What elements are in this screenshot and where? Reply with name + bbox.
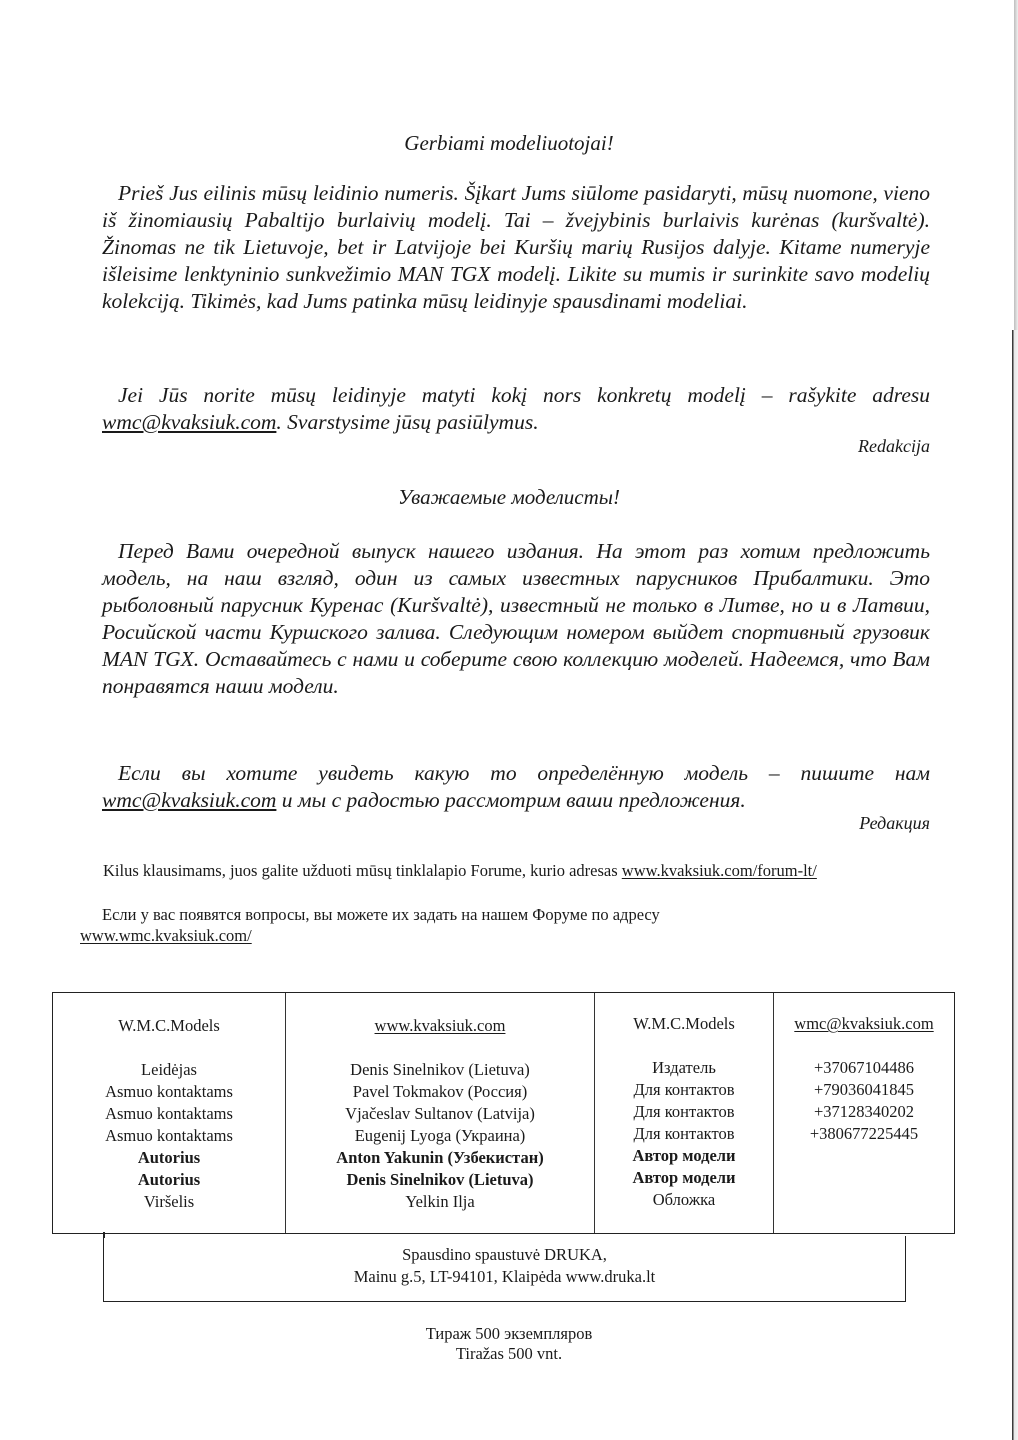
credits-row: Для контактов xyxy=(595,1079,773,1101)
forum-note-lt-text: Kilus klausimams, juos galite užduoti mū… xyxy=(103,861,618,880)
credits-row: Asmuo kontaktams xyxy=(53,1103,285,1125)
credits-row: Издатель xyxy=(595,1057,773,1079)
credits-table: W.M.C.Models Leidėjas Asmuo kontaktams A… xyxy=(52,992,955,1234)
credits-publisher-name: W.M.C.Models xyxy=(595,1013,773,1035)
credits-row: Eugenij Lyoga (Украина) xyxy=(286,1125,594,1147)
forum-note-lt: Kilus klausimams, juos galite užduoti mū… xyxy=(103,860,817,882)
lt-signature: Redakcija xyxy=(858,436,930,457)
ru-paragraph-2-tail: и мы с радостью рассмотрим ваши предложе… xyxy=(282,788,746,812)
credits-row: Asmuo kontaktams xyxy=(53,1081,285,1103)
credits-row: Denis Sinelnikov (Lietuva) xyxy=(286,1169,594,1191)
lt-greeting: Gerbiami modeliuotojai! xyxy=(0,131,1018,156)
lt-paragraph-1-text: Prieš Jus eilinis mūsų leidinio numeris.… xyxy=(102,180,930,315)
ru-greeting: Уважаемые моделисты! xyxy=(0,485,1018,510)
lt-paragraph-2-tail: . Svarstysime jūsų pasiūlymus. xyxy=(276,410,538,434)
credits-row: Anton Yakunin (Узбекистан) xyxy=(286,1147,594,1169)
lt-paragraph-2: Jei Jūs norite mūsų leidinyje matyti kok… xyxy=(102,382,930,436)
credits-column-names: www.kvaksiuk.com Denis Sinelnikov (Lietu… xyxy=(285,993,594,1233)
printer-line-2: Mainu g.5, LT-94101, Klaipėda www.druka.… xyxy=(104,1266,905,1288)
credits-column-contacts: wmc@kvaksiuk.com +37067104486 +790360418… xyxy=(773,993,954,1233)
credits-email-link[interactable]: wmc@kvaksiuk.com xyxy=(774,1013,954,1035)
credits-row: Автор модели xyxy=(595,1167,773,1189)
lt-paragraph-1: Prieš Jus eilinis mūsų leidinio numeris.… xyxy=(102,180,930,315)
credits-row: Для контактов xyxy=(595,1101,773,1123)
credits-row: Pavel Tokmakov (Россия) xyxy=(286,1081,594,1103)
forum-ru-link[interactable]: www.wmc.kvaksiuk.com/ xyxy=(80,925,252,947)
credits-row: Для контактов xyxy=(595,1123,773,1145)
credits-row: Vjačeslav Sultanov (Latvija) xyxy=(286,1103,594,1125)
credits-phone: +37128340202 xyxy=(774,1101,954,1123)
circulation-ru: Тираж 500 экземпляров xyxy=(0,1324,1018,1344)
ru-paragraph-1: Перед Вами очередной выпуск нашего издан… xyxy=(102,538,930,700)
credits-row: Обложка xyxy=(595,1189,773,1211)
lt-paragraph-2-text: Jei Jūs norite mūsų leidinyje matyti kok… xyxy=(118,383,930,407)
forum-lt-link[interactable]: www.kvaksiuk.com/forum-lt/ xyxy=(622,861,817,880)
credits-row: Yelkin Ilja xyxy=(286,1191,594,1213)
credits-publisher-name: W.M.C.Models xyxy=(53,1015,285,1037)
printer-line-1: Spausdino spaustuvė DRUKA, xyxy=(104,1244,905,1266)
credits-phone: +380677225445 xyxy=(774,1123,954,1145)
ru-paragraph-2: Если вы хотите увидеть какую то определё… xyxy=(102,760,930,814)
credits-column-roles-ru: W.M.C.Models Издатель Для контактов Для … xyxy=(594,993,773,1233)
printer-info-box: Spausdino spaustuvė DRUKA, Mainu g.5, LT… xyxy=(103,1236,906,1302)
credits-row: Denis Sinelnikov (Lietuva) xyxy=(286,1059,594,1081)
forum-note-ru-text: Если у вас появятся вопросы, вы можете и… xyxy=(102,904,660,926)
ru-signature: Редакция xyxy=(859,813,930,834)
credits-phone: +37067104486 xyxy=(774,1057,954,1079)
credits-phone: +79036041845 xyxy=(774,1079,954,1101)
circulation-lt: Tiražas 500 vnt. xyxy=(0,1344,1018,1364)
credits-website-link[interactable]: www.kvaksiuk.com xyxy=(286,1015,594,1037)
ru-email-link[interactable]: wmc@kvaksiuk.com xyxy=(102,788,276,812)
credits-row: Asmuo kontaktams xyxy=(53,1125,285,1147)
credits-column-roles-lt: W.M.C.Models Leidėjas Asmuo kontaktams A… xyxy=(53,993,285,1233)
circulation-info: Тираж 500 экземпляров Tiražas 500 vnt. xyxy=(0,1324,1018,1364)
page-edge-shadow xyxy=(1014,0,1018,340)
credits-row: Autorius xyxy=(53,1169,285,1191)
ru-paragraph-2-text: Если вы хотите увидеть какую то определё… xyxy=(118,761,930,785)
credits-row: Autorius xyxy=(53,1147,285,1169)
credits-row: Leidėjas xyxy=(53,1059,285,1081)
ru-paragraph-1-text: Перед Вами очередной выпуск нашего издан… xyxy=(102,538,930,700)
credits-row: Автор модели xyxy=(595,1145,773,1167)
lt-email-link[interactable]: wmc@kvaksiuk.com xyxy=(102,410,276,434)
credits-row: Viršelis xyxy=(53,1191,285,1213)
